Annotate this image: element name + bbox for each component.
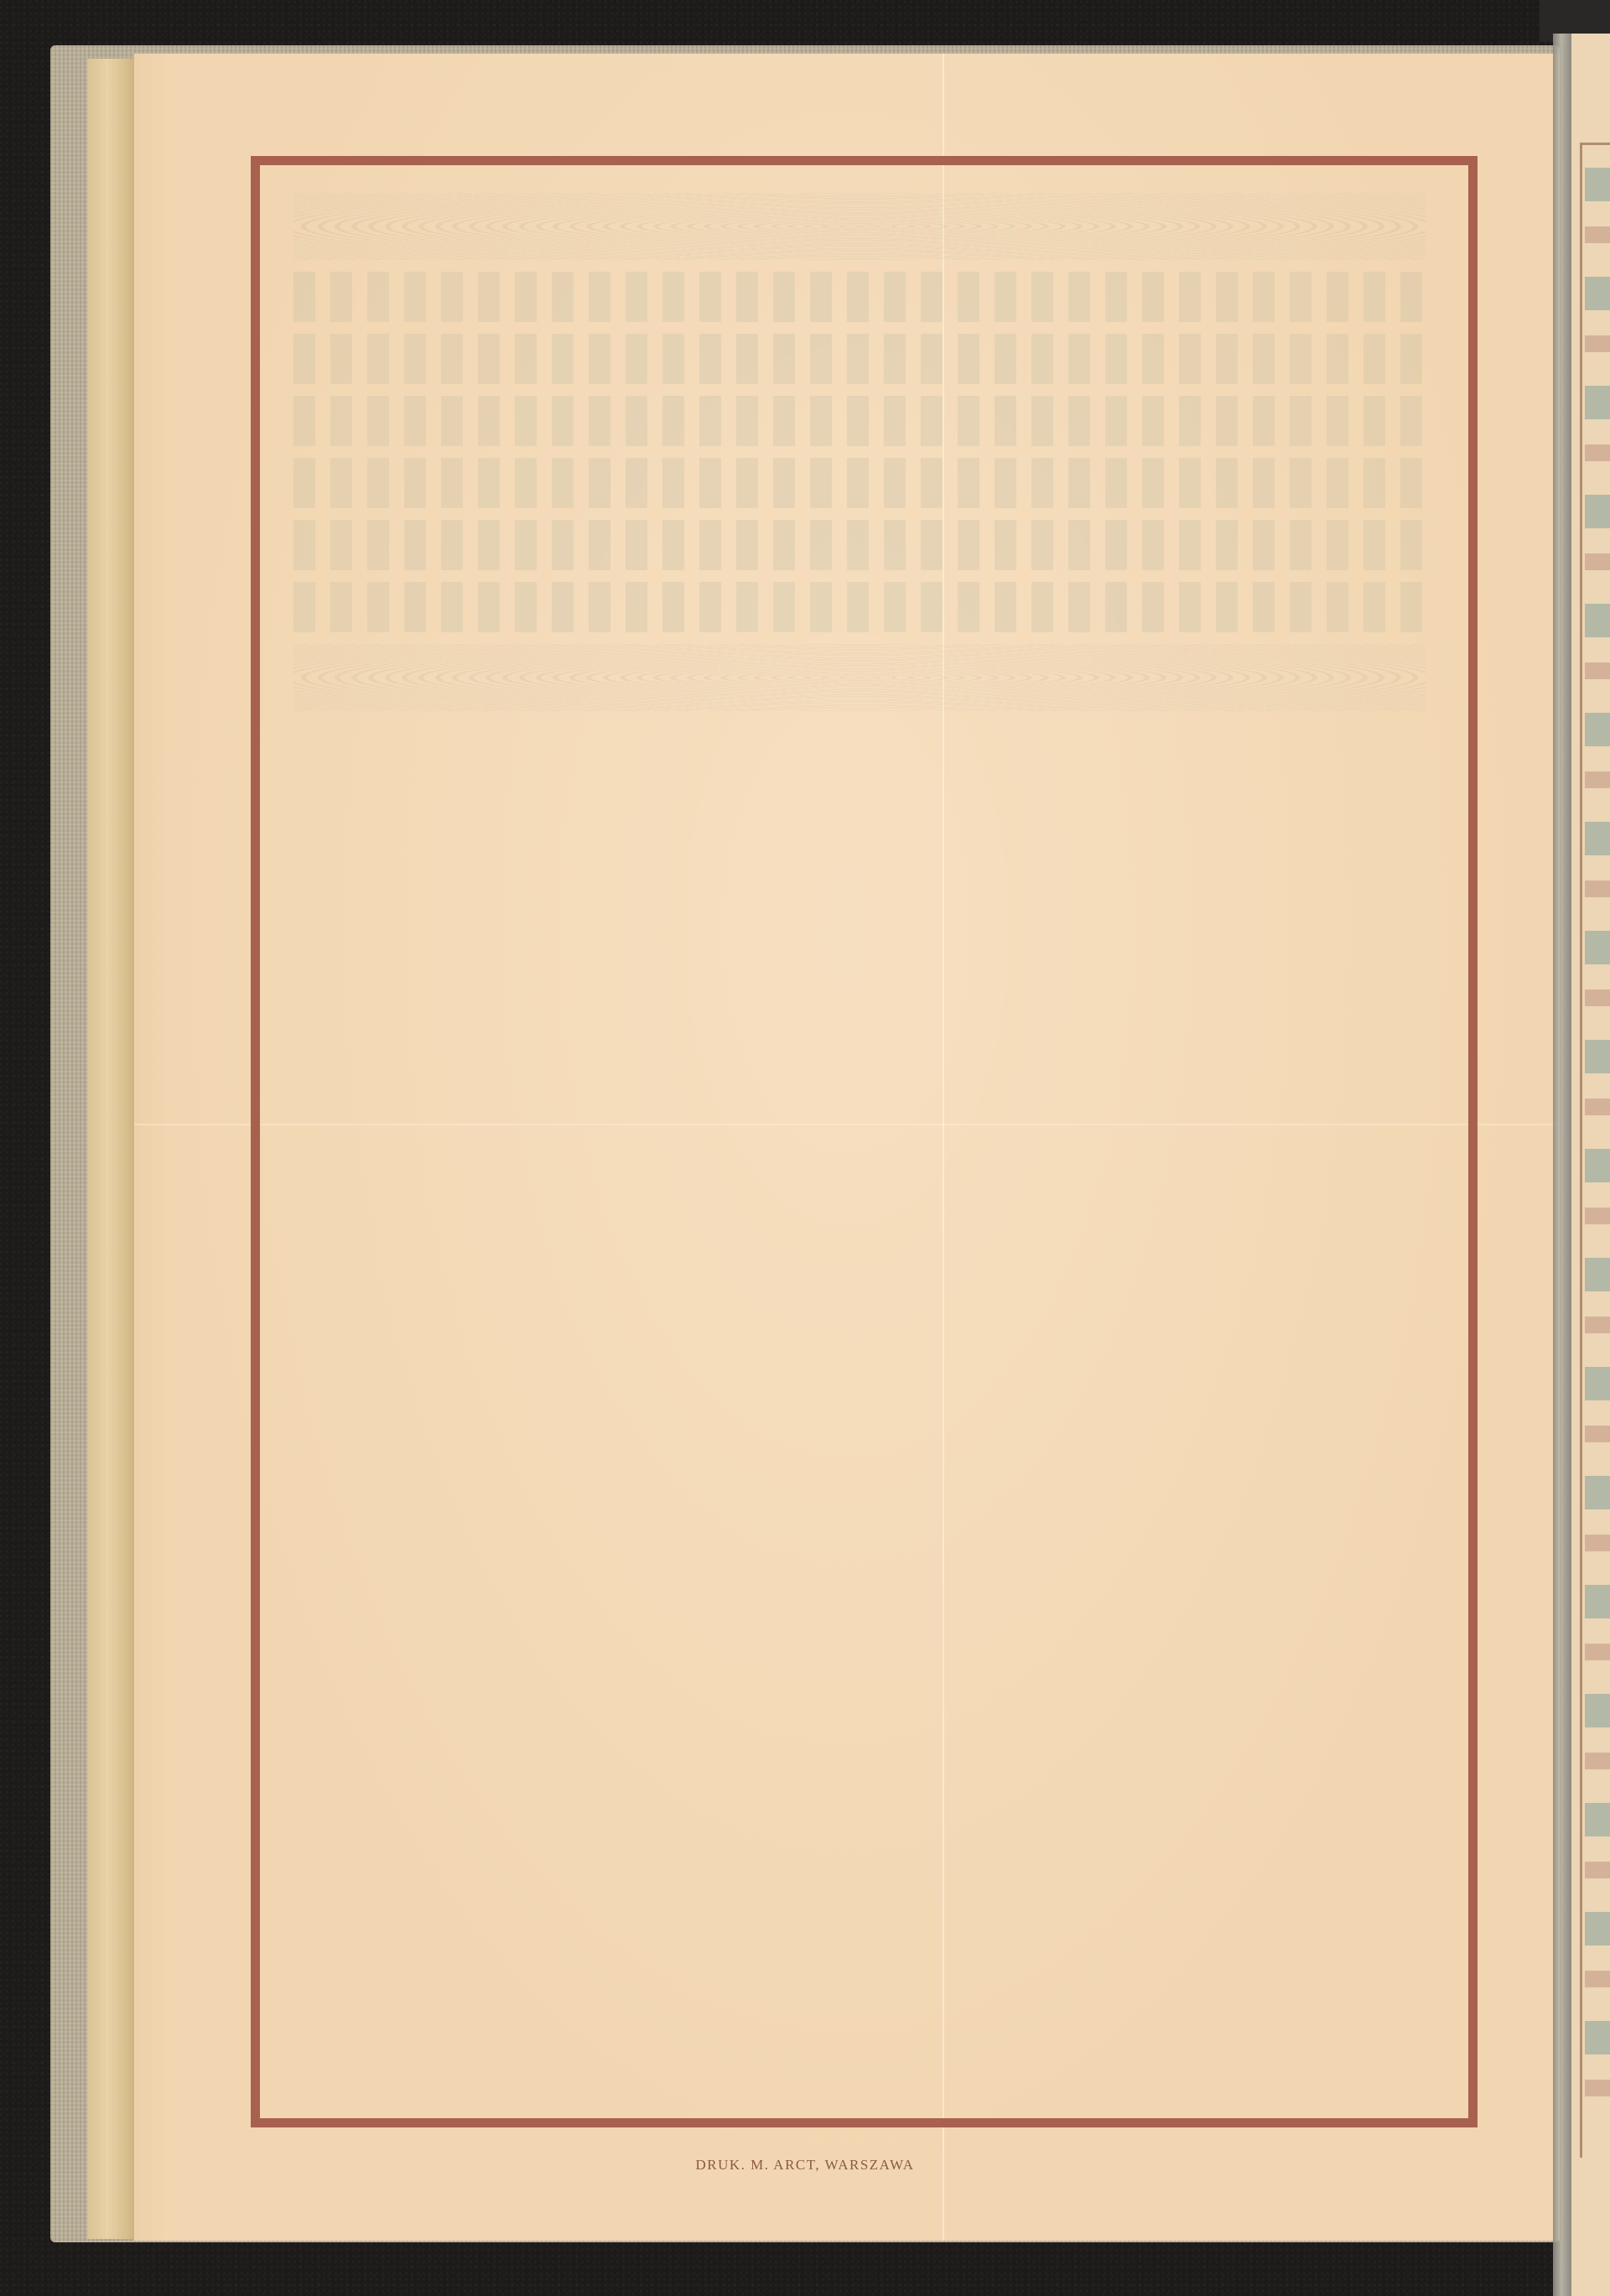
facing-page-ornament — [1585, 168, 1610, 2096]
page-edges — [87, 59, 138, 2239]
glass-plate-edge — [1553, 34, 1571, 2296]
decorative-border-frame — [251, 156, 1478, 2127]
printer-imprint: DRUK. M. ARCT, WARSZAWA — [0, 2157, 1610, 2174]
